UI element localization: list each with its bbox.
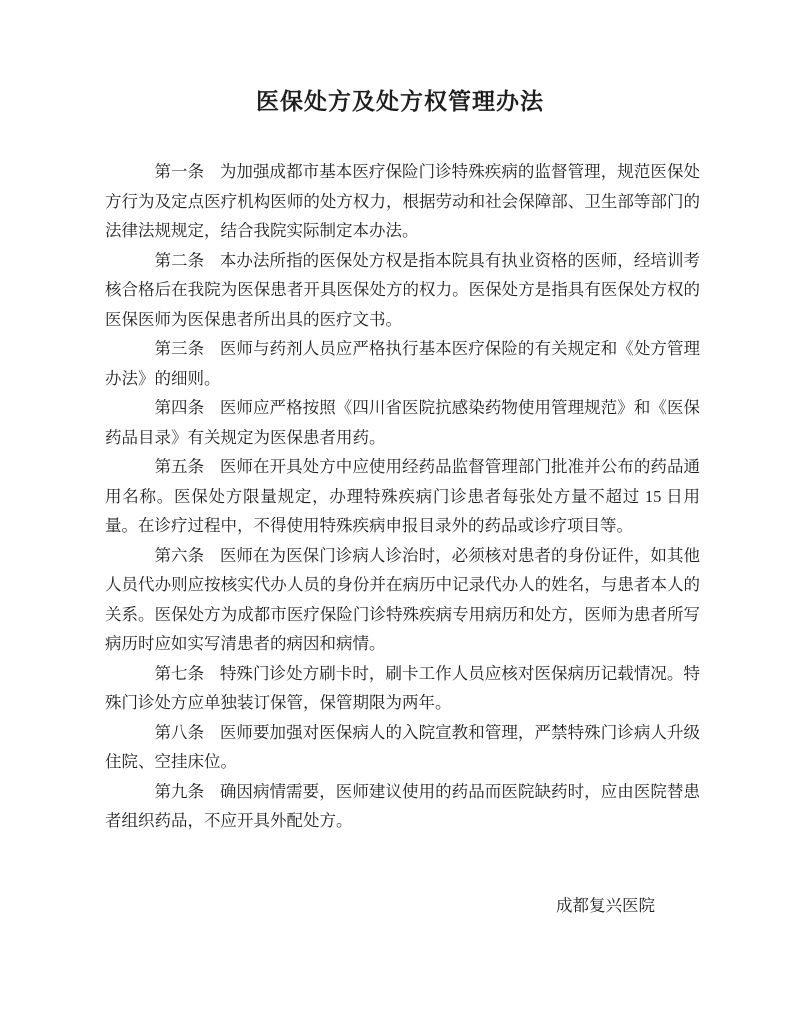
article-9: 第九条确因病情需要，医师建议使用的药品而医院缺药时，应由医院替患者组织药品，不应… [105, 777, 700, 836]
article-3: 第三条医师与药剂人员应严格执行基本医疗保险的有关规定和《处方管理办法》的细则。 [105, 334, 700, 393]
article-4: 第四条医师应严格按照《四川省医院抗感染药物使用管理规范》和《医保药品目录》有关规… [105, 393, 700, 452]
article-2-number: 第二条 [155, 251, 205, 270]
article-5-number: 第五条 [155, 457, 205, 476]
article-8-number: 第八条 [155, 723, 205, 742]
article-5: 第五条医师在开具处方中应使用经药品监督管理部门批准并公布的药品通用名称。医保处方… [105, 452, 700, 541]
article-4-number: 第四条 [155, 398, 205, 417]
article-1-number: 第一条 [155, 162, 205, 181]
article-7: 第七条特殊门诊处方刷卡时，刷卡工作人员应核对医保病历记载情况。特殊门诊处方应单独… [105, 659, 700, 718]
article-8: 第八条医师要加强对医保病人的入院宣教和管理，严禁特殊门诊病人升级住院、空挂床位。 [105, 718, 700, 777]
signature: 成都复兴医院 [105, 891, 700, 921]
document-body: 第一条为加强成都市基本医疗保险门诊特殊疾病的监督管理，规范医保处方行为及定点医疗… [0, 157, 800, 920]
document-page: 医保处方及处方权管理办法 第一条为加强成都市基本医疗保险门诊特殊疾病的监督管理，… [0, 0, 800, 1036]
document-title: 医保处方及处方权管理办法 [0, 0, 800, 117]
article-1: 第一条为加强成都市基本医疗保险门诊特殊疾病的监督管理，规范医保处方行为及定点医疗… [105, 157, 700, 246]
article-9-number: 第九条 [155, 782, 205, 801]
article-3-number: 第三条 [155, 339, 205, 358]
article-7-number: 第七条 [155, 664, 205, 683]
article-6: 第六条医师在为医保门诊病人诊治时，必须核对患者的身份证件，如其他人员代办则应按核… [105, 541, 700, 659]
article-6-number: 第六条 [155, 546, 205, 565]
article-2: 第二条本办法所指的医保处方权是指本院具有执业资格的医师，经培训考核合格后在我院为… [105, 246, 700, 335]
